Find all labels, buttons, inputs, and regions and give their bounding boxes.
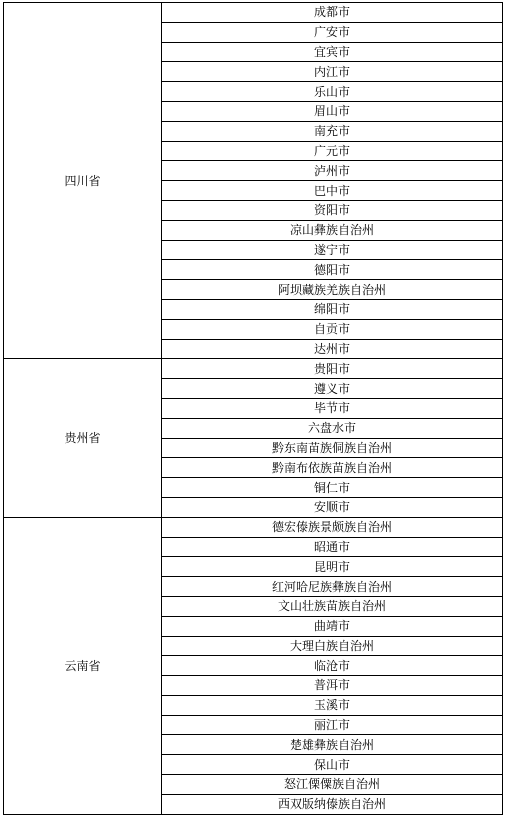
city-cell: 南充市 [162, 121, 503, 141]
city-cell: 楚雄彝族自治州 [162, 735, 503, 755]
city-cell: 达州市 [162, 339, 503, 359]
city-cell: 临沧市 [162, 656, 503, 676]
city-cell: 成都市 [162, 3, 503, 23]
city-cell: 保山市 [162, 755, 503, 775]
city-cell: 德宏傣族景颇族自治州 [162, 517, 503, 537]
city-cell: 黔南布依族苗族自治州 [162, 458, 503, 478]
table-row: 四川省成都市 [4, 3, 503, 23]
city-cell: 红河哈尼族彝族自治州 [162, 577, 503, 597]
table-body: 四川省成都市广安市宜宾市内江市乐山市眉山市南充市广元市泸州市巴中市资阳市凉山彝族… [4, 3, 503, 815]
city-cell: 昭通市 [162, 537, 503, 557]
city-cell: 西双版纳傣族自治州 [162, 794, 503, 814]
province-cell: 四川省 [4, 3, 162, 359]
city-cell: 泸州市 [162, 161, 503, 181]
table-row: 贵州省贵阳市 [4, 359, 503, 379]
city-cell: 资阳市 [162, 200, 503, 220]
province-city-table: 四川省成都市广安市宜宾市内江市乐山市眉山市南充市广元市泸州市巴中市资阳市凉山彝族… [3, 2, 503, 815]
city-cell: 自贡市 [162, 319, 503, 339]
city-cell: 绵阳市 [162, 299, 503, 319]
city-cell: 毕节市 [162, 398, 503, 418]
city-cell: 丽江市 [162, 715, 503, 735]
city-cell: 铜仁市 [162, 478, 503, 498]
city-cell: 眉山市 [162, 101, 503, 121]
city-cell: 凉山彝族自治州 [162, 220, 503, 240]
table-row: 云南省德宏傣族景颇族自治州 [4, 517, 503, 537]
city-cell: 曲靖市 [162, 616, 503, 636]
city-cell: 遂宁市 [162, 240, 503, 260]
city-cell: 乐山市 [162, 82, 503, 102]
city-cell: 大理白族自治州 [162, 636, 503, 656]
city-cell: 内江市 [162, 62, 503, 82]
city-cell: 普洱市 [162, 676, 503, 696]
city-cell: 德阳市 [162, 260, 503, 280]
city-cell: 六盘水市 [162, 418, 503, 438]
city-cell: 遵义市 [162, 379, 503, 399]
province-cell: 云南省 [4, 517, 162, 814]
city-cell: 阿坝藏族羌族自治州 [162, 280, 503, 300]
city-cell: 昆明市 [162, 557, 503, 577]
city-cell: 玉溪市 [162, 695, 503, 715]
city-cell: 贵阳市 [162, 359, 503, 379]
city-cell: 广元市 [162, 141, 503, 161]
city-cell: 文山壮族苗族自治州 [162, 596, 503, 616]
city-cell: 巴中市 [162, 181, 503, 201]
province-cell: 贵州省 [4, 359, 162, 517]
city-cell: 怒江傈僳族自治州 [162, 775, 503, 795]
city-cell: 广安市 [162, 22, 503, 42]
city-cell: 宜宾市 [162, 42, 503, 62]
city-cell: 黔东南苗族侗族自治州 [162, 438, 503, 458]
city-cell: 安顺市 [162, 497, 503, 517]
